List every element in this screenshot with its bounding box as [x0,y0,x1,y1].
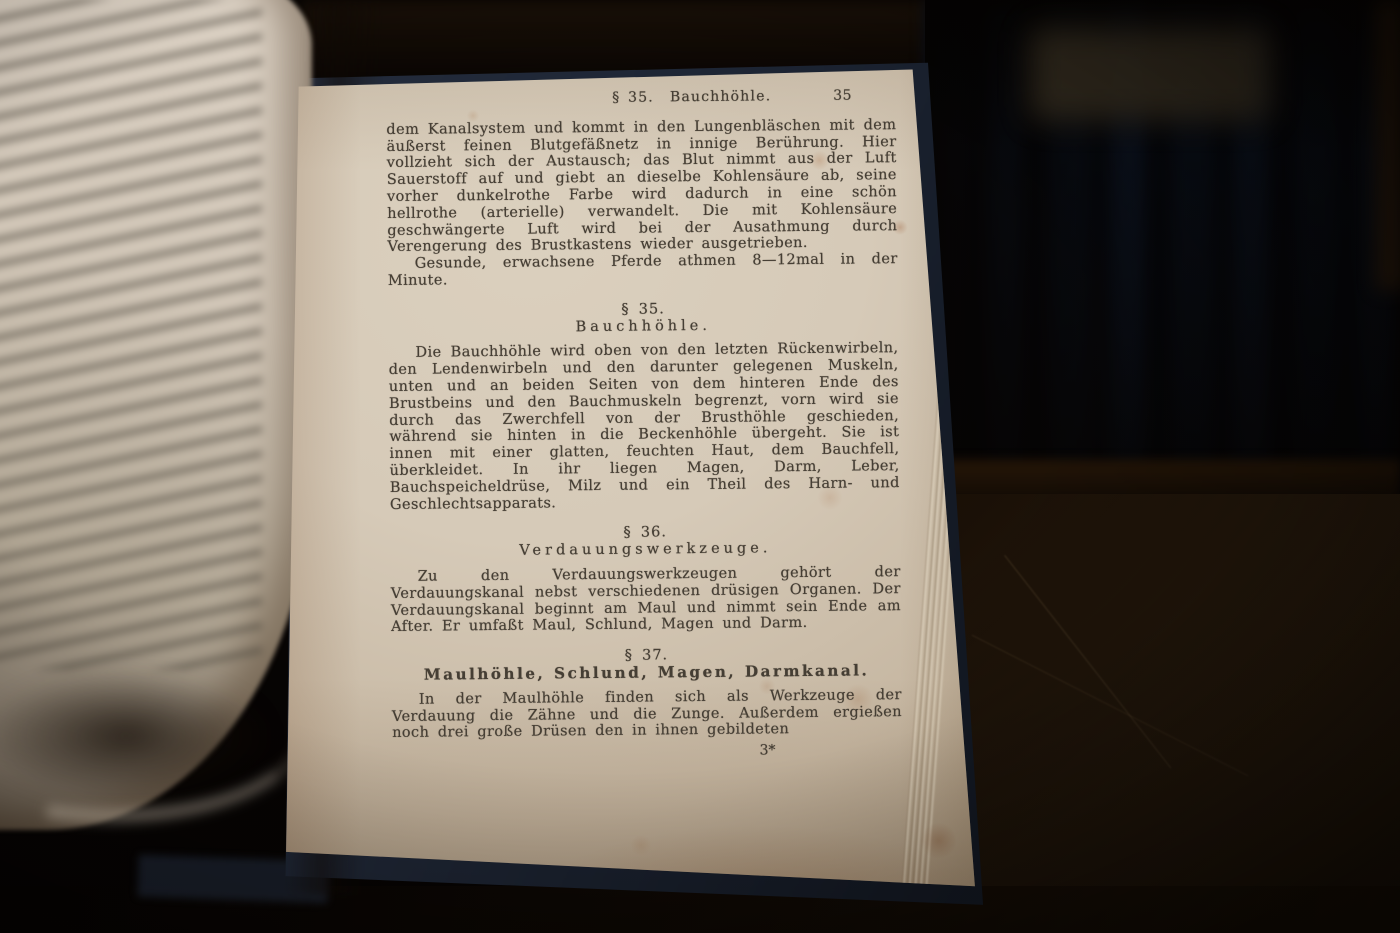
running-header: § 35.Bauchhöhle. 35 [386,87,896,109]
running-header-section: § 35. [612,89,654,105]
left-page-blurred-text [0,0,262,670]
section-35-heading: Bauchhöhle. [388,316,898,338]
section-37-heading: Maulhöhle, Schlund, Magen, Darmkanal. [392,662,902,684]
page-content: § 35.Bauchhöhle. 35 dem Kanalsystem und … [386,87,902,763]
section-37-body: In der Maulhöhle finden sich als Werkzeu… [392,687,902,742]
section-36-body: Zu den Verdauungswerkzeugen gehört der V… [391,564,902,636]
running-header-title: Bauchhöhle. [670,88,772,106]
page-number: 35 [833,88,852,105]
photo-scene: § 35.Bauchhöhle. 35 dem Kanalsystem und … [0,0,1400,933]
section-36-heading: Verdauungswerkzeuge. [390,539,900,561]
section-35-body: Die Bauchhöhle wird oben von den letzten… [388,340,900,513]
right-page: § 35.Bauchhöhle. 35 dem Kanalsystem und … [284,60,984,918]
paragraph-respiration-continuation: dem Kanalsystem und kommt in den Lungenb… [386,117,897,256]
paragraph-breathing-rate: Gesunde, erwachsene Pferde athmen 8—12ma… [388,251,898,289]
